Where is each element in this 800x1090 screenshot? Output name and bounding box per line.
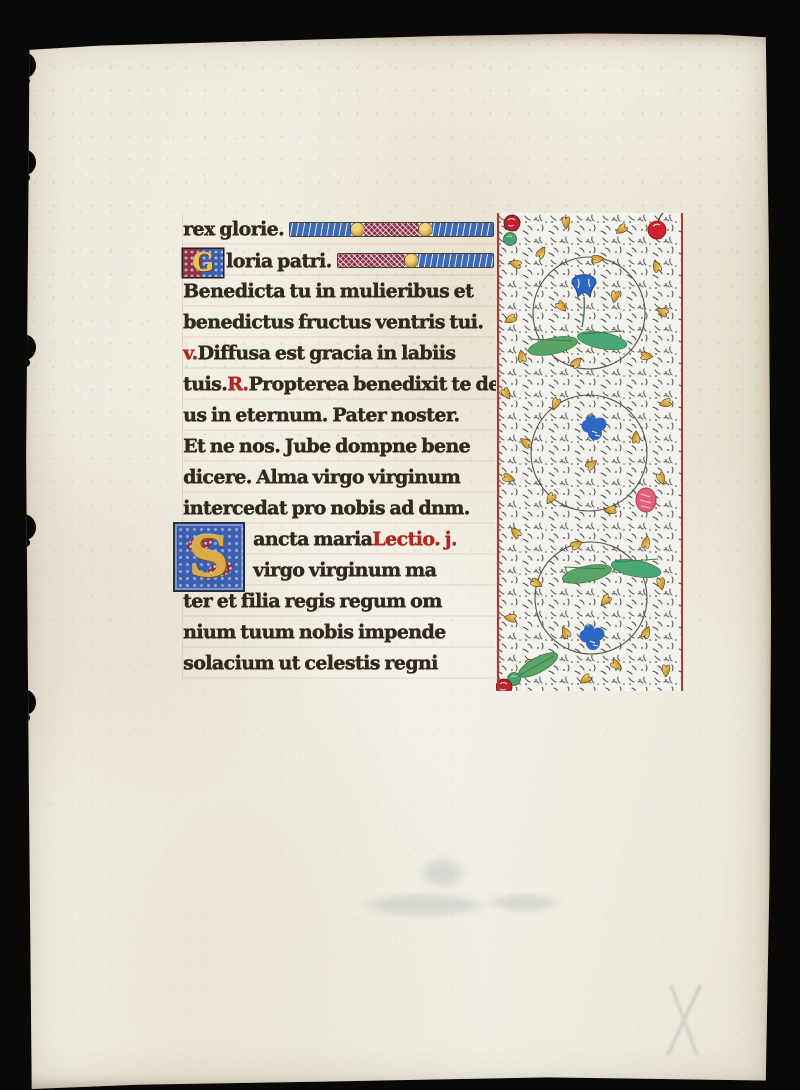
illuminated-initial-s: S bbox=[175, 524, 243, 590]
body-text: Et ne nos. Jube dompne bene bbox=[183, 431, 470, 462]
body-text: tuis. bbox=[183, 369, 227, 400]
text-line: us in eternum. Pater noster. bbox=[183, 400, 495, 431]
illuminated-initial-g: G bbox=[183, 249, 223, 277]
text-line: rex glorie. bbox=[183, 214, 495, 245]
maroon-filler-segment bbox=[338, 254, 406, 267]
blue-filler-segment bbox=[290, 223, 351, 236]
text-line: v. Diffusa est gracia in labiis bbox=[183, 338, 495, 369]
body-text: ter et filia regis regum om bbox=[183, 586, 442, 617]
body-text: Propterea benedixit te de bbox=[248, 369, 499, 400]
body-text: nium tuum nobis impende bbox=[183, 617, 446, 648]
body-text: intercedat pro nobis ad dnm. bbox=[183, 493, 470, 524]
gold-dot bbox=[351, 223, 364, 236]
border-motif-pink-berry bbox=[636, 488, 656, 512]
body-text: rex glorie. bbox=[183, 214, 284, 245]
manuscript-leaf: rex glorie.Gloria patri.Benedicta tu in … bbox=[25, 33, 771, 1089]
maroon-filler-segment bbox=[364, 223, 419, 236]
body-text: Diffusa est gracia in labiis bbox=[198, 338, 456, 369]
photo-background: rex glorie.Gloria patri.Benedicta tu in … bbox=[0, 0, 800, 1090]
body-text: Benedicta tu in mulieribus et bbox=[183, 276, 473, 307]
initial-letter: S bbox=[189, 524, 229, 590]
gold-dot bbox=[419, 223, 432, 236]
border-artwork bbox=[496, 213, 684, 691]
text-line: nium tuum nobis impende bbox=[183, 617, 495, 648]
line-filler bbox=[338, 254, 493, 267]
sewing-notch bbox=[18, 513, 37, 540]
body-text: loria patri. bbox=[226, 246, 332, 277]
body-text: benedictus fructus ventris tui. bbox=[183, 307, 483, 338]
text-line: intercedat pro nobis ad dnm. bbox=[183, 493, 495, 524]
sewing-notch bbox=[18, 688, 37, 715]
body-text: dicere. Alma virgo virginum bbox=[183, 462, 460, 493]
gold-dot bbox=[405, 254, 418, 267]
text-line: Benedicta tu in mulieribus et bbox=[183, 276, 495, 307]
rubric-text: R. bbox=[227, 369, 248, 400]
sewing-notch bbox=[18, 51, 37, 78]
rubric-text: v. bbox=[183, 338, 198, 369]
sewing-notch bbox=[18, 333, 37, 360]
text-line: Gloria patri. bbox=[183, 245, 495, 276]
line-filler bbox=[290, 223, 493, 236]
blue-filler-segment bbox=[418, 254, 493, 267]
border-motif-red-berry bbox=[504, 215, 520, 231]
sewing-notch bbox=[18, 148, 37, 175]
text-line: tuis. R. Propterea benedixit te de bbox=[183, 369, 495, 400]
body-text: ancta maria bbox=[253, 524, 372, 555]
text-line: benedictus fructus ventris tui. bbox=[183, 307, 495, 338]
text-line: dicere. Alma virgo virginum bbox=[183, 462, 495, 493]
text-line: solacium ut celestis regni bbox=[183, 648, 495, 679]
text-line: Et ne nos. Jube dompne bene bbox=[183, 431, 495, 462]
rubric-text: Lectio. j. bbox=[372, 524, 457, 555]
text-block: rex glorie.Gloria patri.Benedicta tu in … bbox=[182, 214, 495, 679]
body-text: us in eternum. Pater noster. bbox=[183, 400, 459, 431]
text-line: ter et filia regis regum om bbox=[183, 586, 495, 617]
body-text: virgo virginum ma bbox=[253, 555, 436, 586]
initial-letter: G bbox=[193, 248, 214, 277]
border-motif-green-berry bbox=[504, 233, 517, 246]
blue-filler-segment bbox=[432, 223, 493, 236]
ink-showthrough bbox=[299, 853, 599, 943]
illuminated-border bbox=[496, 213, 684, 691]
body-text: solacium ut celestis regni bbox=[183, 648, 438, 679]
pencil-mark bbox=[653, 985, 717, 1055]
